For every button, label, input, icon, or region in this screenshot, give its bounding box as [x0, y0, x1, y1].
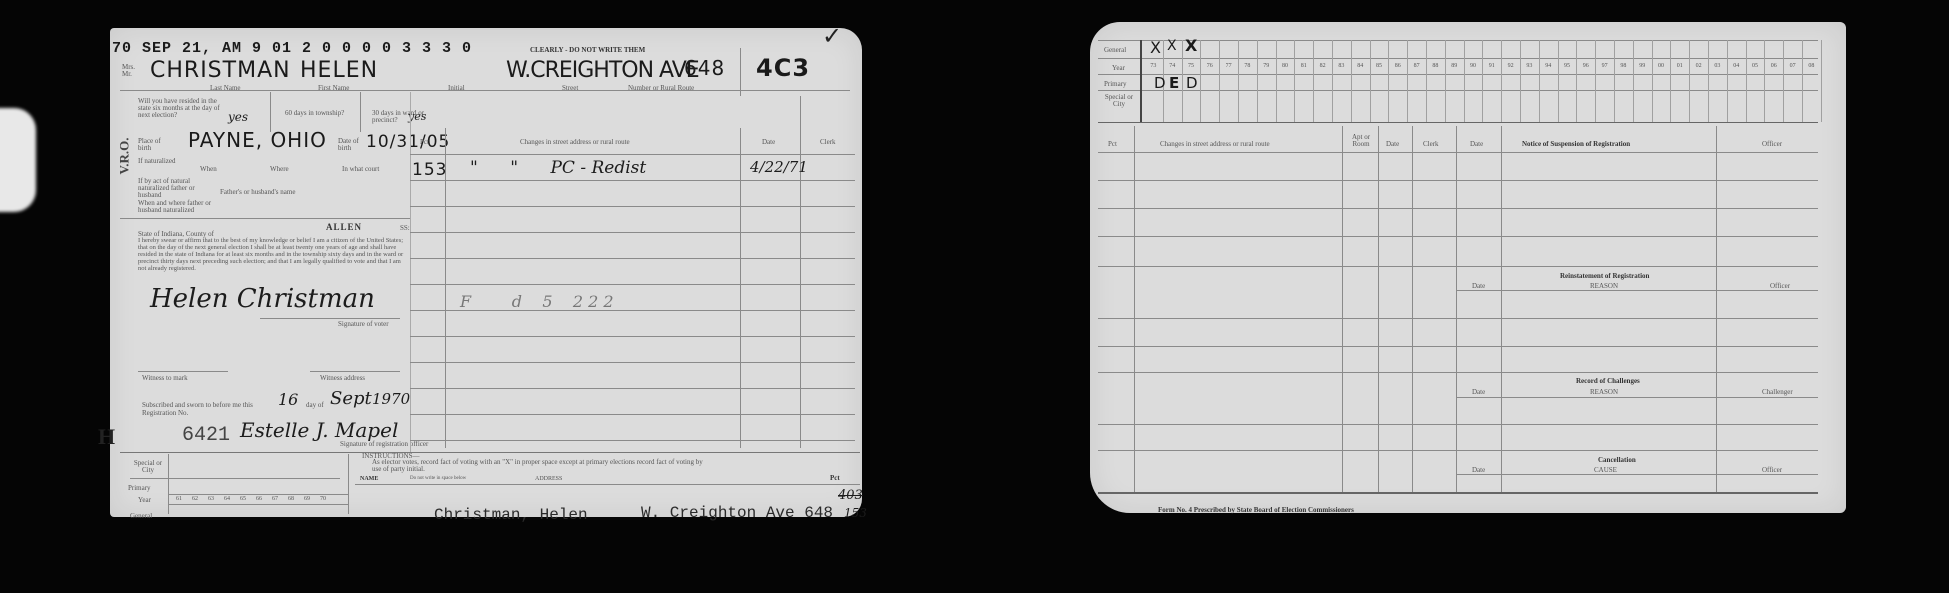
- year-cell: 04: [1727, 63, 1746, 69]
- year-cell: 82: [1313, 63, 1332, 69]
- year-cell: 87: [1407, 63, 1426, 69]
- year-cell: 81: [1294, 63, 1313, 69]
- th-clerk: Clerk: [820, 138, 836, 146]
- label-pct: Pct: [830, 474, 840, 482]
- th-changes: Changes in street address or rural route: [1160, 140, 1270, 148]
- oath-text: I hereby swear or affirm that to the bes…: [138, 237, 410, 272]
- general-mark-2: X: [1167, 38, 1178, 54]
- side-label: V.R.O.: [116, 138, 132, 175]
- scanner-artifact: [0, 108, 36, 212]
- registrar-signature: Estelle J. Mapel: [240, 418, 398, 442]
- year-cell: 79: [1257, 63, 1276, 69]
- year-cell: 00: [1652, 63, 1671, 69]
- general-mark-1: X: [1150, 38, 1162, 57]
- year-cell: 84: [1351, 63, 1370, 69]
- label-do-not-write: Do not write in space below: [410, 476, 466, 481]
- general-mark-3: X: [1185, 36, 1198, 55]
- year-cell: 06: [1764, 63, 1783, 69]
- letter-code: H: [98, 424, 115, 450]
- label-witness-address: Witness address: [320, 374, 365, 382]
- place-of-birth: PAYNE, OHIO: [188, 128, 327, 152]
- label-father-when: When and where father or husband natural…: [138, 200, 228, 214]
- precinct-top: 4C3: [756, 54, 810, 82]
- year-cell: 85: [1370, 63, 1389, 69]
- th-apt-room: Apt or Room: [1348, 134, 1374, 148]
- time-stamp: 70 SEP 21, AM 9 01 2 0 0 0 0 3 3 3 0: [112, 40, 472, 57]
- date-of-birth: 10/31/05: [366, 132, 450, 152]
- th-reinst-officer: Officer: [1770, 282, 1790, 290]
- label-father-name: Father's or husband's name: [220, 188, 295, 196]
- th-chal-reason: REASON: [1590, 388, 1618, 396]
- year-cell: 94: [1539, 63, 1558, 69]
- year-cell: 77: [1219, 63, 1238, 69]
- label-when: When: [200, 165, 217, 173]
- label-address: ADDRESS: [535, 476, 562, 482]
- label-name: NAME: [360, 476, 378, 482]
- year-cell: 86: [1388, 63, 1407, 69]
- th-cancel-officer: Officer: [1762, 466, 1782, 474]
- subscribed-text: Subscribed and sworn to before me this: [142, 401, 253, 409]
- th-clerk: Clerk: [1423, 140, 1439, 148]
- year-cell: 03: [1708, 63, 1727, 69]
- oath-county: ALLEN: [326, 222, 362, 232]
- row1-change: " " PC - Redist: [470, 158, 646, 178]
- year-cell: 83: [1332, 63, 1351, 69]
- check-mark-icon: ✓: [822, 22, 842, 51]
- label-signature: Signature of voter: [338, 320, 389, 328]
- label-place-of-birth: Place of birth: [138, 138, 168, 152]
- typed-address: W. Creighton Ave 648: [641, 504, 833, 522]
- year-cell: 91: [1482, 63, 1501, 69]
- label-naturalized: If naturalized: [138, 158, 178, 165]
- year-cell: 92: [1501, 63, 1520, 69]
- year-cell: 80: [1276, 63, 1295, 69]
- th-reinst-reason: REASON: [1590, 282, 1618, 290]
- year-cell: 93: [1520, 63, 1539, 69]
- year-cell: 88: [1426, 63, 1445, 69]
- th-suspension: Notice of Suspension of Registration: [1522, 140, 1630, 148]
- year-cell: 96: [1576, 63, 1595, 69]
- grid-label-primary: Primary: [1104, 80, 1127, 88]
- th-date: Date: [1386, 140, 1399, 148]
- street: W.CREIGHTON AVE: [506, 58, 699, 83]
- prefix-labels: Mrs. Mr.: [122, 64, 142, 78]
- th-susp-officer: Officer: [1762, 140, 1782, 148]
- th-susp-date: Date: [1470, 140, 1483, 148]
- year-cell: 90: [1464, 63, 1483, 69]
- year-cell: 76: [1200, 63, 1219, 69]
- year-cell: 08: [1802, 63, 1821, 69]
- year-cell: 89: [1445, 63, 1464, 69]
- grid-label-year: Year: [1112, 64, 1125, 72]
- house-number: 648: [684, 56, 725, 80]
- grid-label-year: Year: [138, 496, 151, 504]
- year-cell: 98: [1614, 63, 1633, 69]
- year-cell: 73: [1144, 63, 1163, 69]
- year-cell: 97: [1595, 63, 1614, 69]
- oath-ss: SS:: [400, 224, 410, 232]
- th-changes: Changes in street address or rural route: [520, 138, 630, 146]
- pct-value-old: 403: [838, 488, 863, 503]
- th-challenger: Challenger: [1762, 388, 1793, 396]
- label-court: In what court: [342, 165, 379, 173]
- year-cell: 07: [1783, 63, 1802, 69]
- form-footer: Form No. 4 Prescribed by State Board of …: [1158, 506, 1354, 514]
- subscribed-of: day of: [306, 401, 324, 409]
- year-cell: 95: [1558, 63, 1577, 69]
- grid-label-general: General: [130, 512, 152, 520]
- voter-signature: Helen Christman: [150, 284, 375, 314]
- year-cell: 74: [1163, 63, 1182, 69]
- label-registration-no: Registration No.: [142, 409, 188, 417]
- th-pct: Pct: [1108, 140, 1117, 148]
- header-notice: CLEARLY - DO NOT WRITE THEM: [530, 46, 645, 54]
- primary-mark-2: E: [1169, 74, 1180, 92]
- year-cell: 05: [1746, 63, 1765, 69]
- subscribed-month: Sept: [330, 388, 372, 409]
- grid-label-special: Special or City: [1104, 94, 1134, 108]
- label-if-by-father: If by act of natural naturalized father …: [138, 178, 208, 199]
- challenges-title: Record of Challenges: [1576, 377, 1640, 385]
- row1-pct: 153: [412, 160, 447, 180]
- reinstatement-title: Reinstatement of Registration: [1560, 272, 1649, 280]
- q-resided-state: Will you have resided in the state six m…: [138, 98, 228, 119]
- year-cell: 75: [1182, 63, 1201, 69]
- th-chal-date: Date: [1472, 388, 1485, 396]
- primary-mark-3: D: [1186, 74, 1199, 92]
- q-township: 60 days in township?: [285, 110, 355, 117]
- grid-label-special: Special or City: [132, 460, 164, 474]
- instructions-text: As elector votes, record fact of voting …: [372, 459, 712, 473]
- label-date-of-birth: Date of birth: [338, 138, 364, 152]
- th-cancel-date: Date: [1472, 466, 1485, 474]
- voter-registration-card-front: 70 SEP 21, AM 9 01 2 0 0 0 0 3 3 3 0 CLE…: [110, 28, 862, 517]
- label-registrar: Signature of registration officer: [340, 440, 428, 448]
- year-cell: 01: [1670, 63, 1689, 69]
- primary-mark-1: D: [1154, 74, 1167, 92]
- last-name: CHRISTMAN: [150, 58, 291, 83]
- label-witness-mark: Witness to mark: [142, 374, 188, 382]
- label-where: Where: [270, 165, 289, 173]
- row1-date: 4/22/71: [750, 158, 808, 176]
- a-resided-state: yes: [228, 110, 248, 124]
- typed-name: Christman, Helen: [434, 506, 588, 524]
- year-cell: 78: [1238, 63, 1257, 69]
- subscribed-year: 1970: [372, 390, 410, 408]
- grid-label-general: General: [1104, 46, 1126, 54]
- year-cell: 02: [1689, 63, 1708, 69]
- registration-number: 6421: [182, 424, 230, 447]
- first-name: HELEN: [300, 58, 378, 83]
- cancellation-title: Cancellation: [1598, 456, 1636, 464]
- pct-value-new: 153: [844, 506, 867, 520]
- th-date: Date: [762, 138, 775, 146]
- th-cancel-cause: CAUSE: [1594, 466, 1617, 474]
- subscribed-day: 16: [278, 390, 298, 409]
- th-pct: Pct: [420, 138, 429, 146]
- faint-note: F d 5 2 2 2: [460, 292, 614, 311]
- voter-registration-card-back: General Year Primary Special or City 737…: [1090, 22, 1846, 513]
- year-cell: 99: [1633, 63, 1652, 69]
- th-reinst-date: Date: [1472, 282, 1485, 290]
- grid-label-primary: Primary: [128, 484, 151, 492]
